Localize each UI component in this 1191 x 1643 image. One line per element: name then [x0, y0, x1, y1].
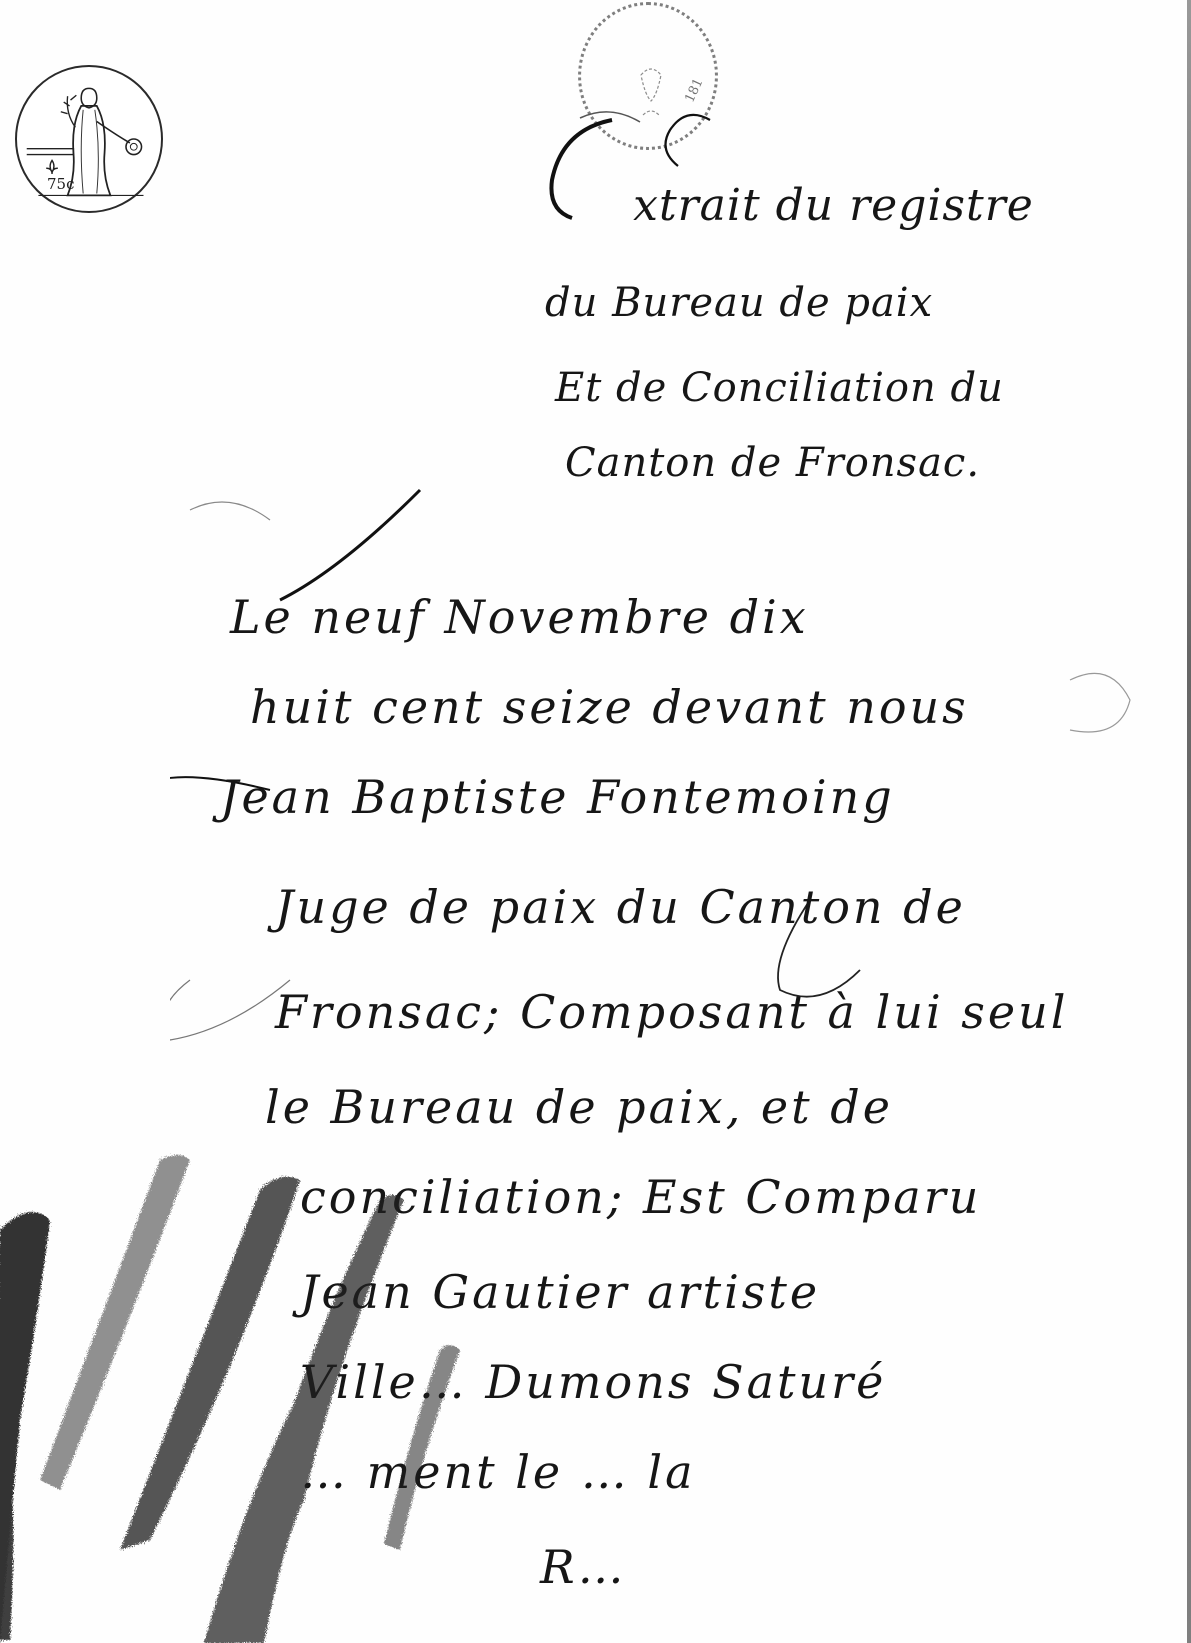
stamp-value: 75c — [47, 175, 75, 193]
body-line-5: Fronsac; Composant à lui seul — [275, 985, 1068, 1039]
body-line-9: Ville… Dumons Saturé — [300, 1355, 886, 1409]
scanned-document-page: 75c 181 Extrait du registre du Bureau de… — [0, 0, 1191, 1643]
body-line-11: R… — [540, 1540, 627, 1594]
allegorical-figure-icon — [17, 67, 161, 211]
header-line-1-text: xtrait du registre — [633, 180, 1034, 231]
page-edge-border — [1187, 0, 1191, 1643]
body-line-7: conciliation; Est Comparu — [300, 1170, 981, 1224]
header-line-3: Et de Conciliation du — [555, 365, 1004, 411]
body-line-8: Jean Gautier artiste — [300, 1265, 820, 1319]
body-line-6: le Bureau de paix, et de — [265, 1080, 893, 1134]
body-line-4: Juge de paix du Canton de — [275, 880, 966, 934]
body-line-1: Le neuf Novembre dix — [230, 590, 809, 644]
header-line-1: Extrait du registre — [600, 180, 1034, 231]
body-line-10: … ment le … la — [300, 1445, 696, 1499]
header-line-4: Canton de Fronsac. — [565, 440, 980, 486]
official-seal: 181 — [578, 2, 718, 150]
header-line-2: du Bureau de paix — [545, 280, 933, 326]
body-line-2: huit cent seize devant nous — [250, 680, 969, 734]
tax-stamp: 75c — [15, 65, 163, 213]
body-line-3: Jean Baptiste Fontemoing — [220, 770, 895, 824]
